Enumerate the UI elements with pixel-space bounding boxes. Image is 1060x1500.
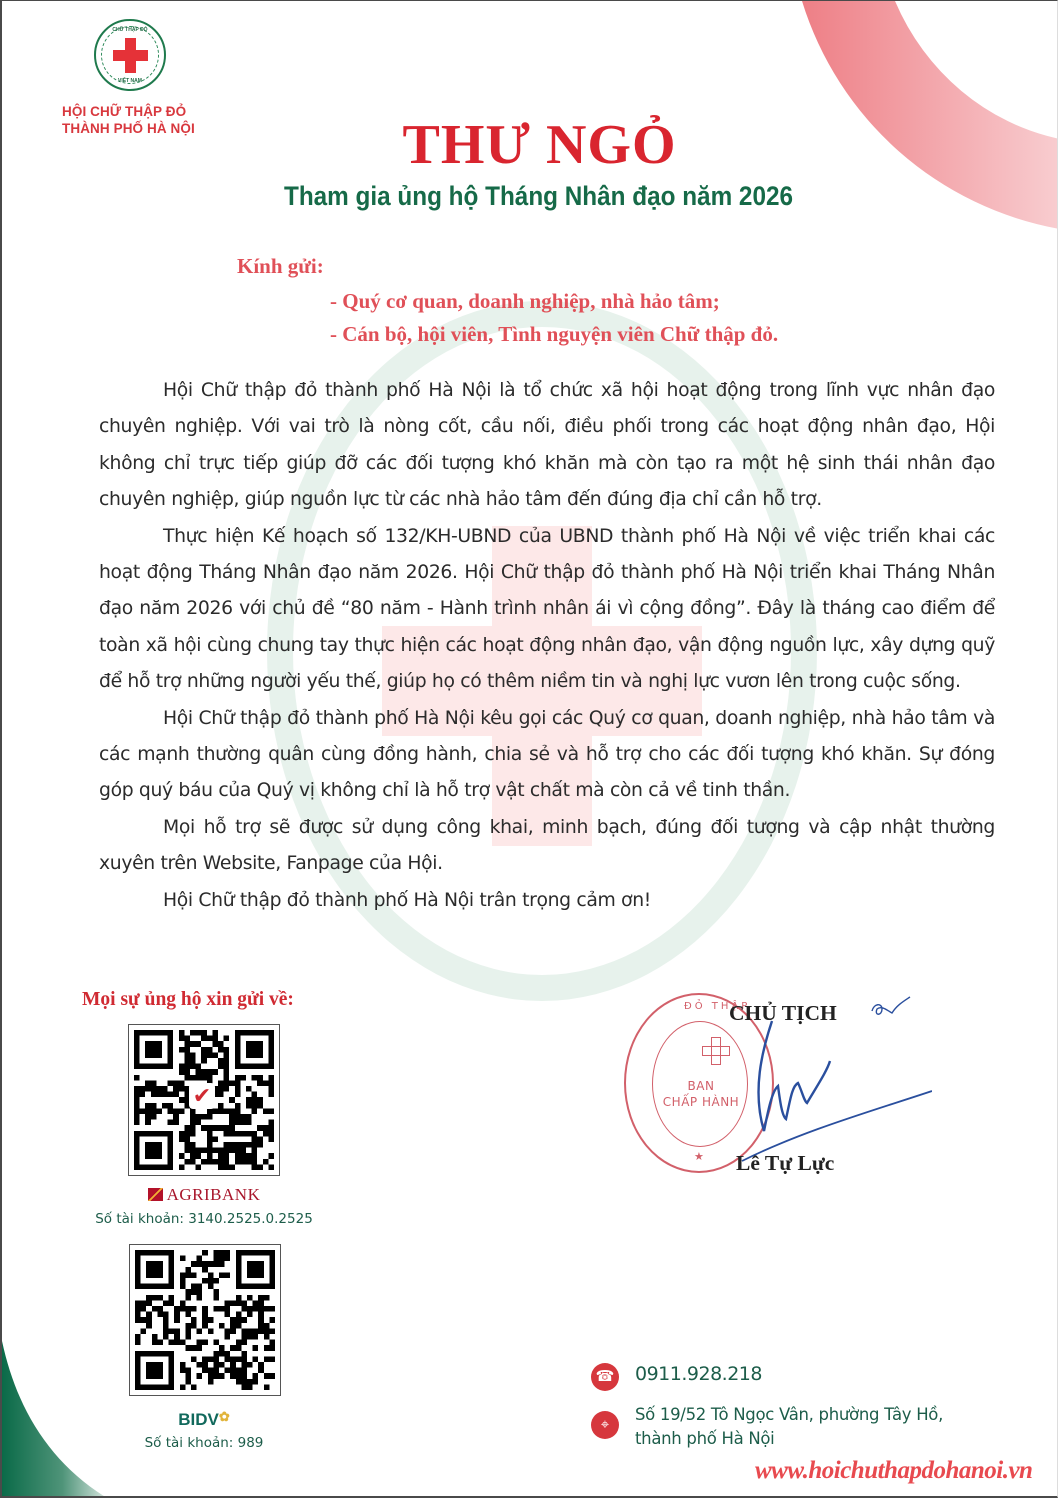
address-line1: Số 19/52 Tô Ngọc Vân, phường Tây Hồ, [635,1403,943,1427]
phone-icon: ☎ [591,1363,619,1391]
bidv-logo: BIDV✿ [2,1409,406,1430]
logo-top-text: CHỮ THẬP ĐỎ [96,27,164,33]
recipient-item: - Cán bộ, hội viên, Tình nguyện viên Chữ… [330,318,778,351]
body-paragraph: Hội Chữ thập đỏ thành phố Hà Nội kêu gọi… [99,701,995,810]
letter-subtitle: Tham gia ủng hộ Tháng Nhân đạo năm 2026 [55,181,1005,212]
bidv-qr-code[interactable] [129,1244,281,1396]
bidv-flower-icon: ✿ [219,1409,230,1424]
bidv-name: BIDV [178,1410,219,1429]
open-letter-page: CHỮ THẬP ĐỎ VIỆT NAM HỘI CHỮ THẬP ĐỎ THÀ… [0,0,1058,1498]
address-text: Số 19/52 Tô Ngọc Vân, phường Tây Hồ, thà… [635,1403,943,1451]
letter-body: Hội Chữ thập đỏ thành phố Hà Nội là tổ c… [99,373,995,919]
stamp-cross-icon [702,1037,730,1065]
phone-number[interactable]: 0911.928.218 [635,1363,762,1385]
website-link[interactable]: www.hoichuthapdohanoi.vn [755,1457,1032,1485]
agribank-logo: AGRIBANK [2,1185,406,1205]
red-cross-emblem-icon: CHỮ THẬP ĐỎ VIỆT NAM [94,19,166,91]
stamp-star-icon: ★ [694,1150,704,1163]
body-paragraph: Hội Chữ thập đỏ thành phố Hà Nội trân tr… [99,883,995,919]
agribank-qr-code[interactable]: ✔ [128,1024,280,1176]
agribank-name: AGRIBANK [167,1185,261,1204]
agribank-account-number: Số tài khoản: 3140.2525.0.2525 [2,1211,406,1227]
body-paragraph: Hội Chữ thập đỏ thành phố Hà Nội là tổ c… [99,373,995,519]
logo-bottom-text: VIỆT NAM [96,78,164,84]
location-pin-icon: ⌖ [591,1411,619,1439]
heart-check-icon: ✔ [189,1083,215,1109]
salutation-label: Kính gửi: [237,254,324,279]
recipients-list: - Quý cơ quan, doanh nghiệp, nhà hảo tâm… [330,285,778,351]
donation-label: Mọi sự ủng hộ xin gửi về: [82,989,294,1011]
agribank-mark-icon [148,1188,163,1201]
body-paragraph: Thực hiện Kế hoạch số 132/KH-UBND của UB… [99,519,995,701]
letter-title: THƯ NGỎ [2,113,1057,177]
body-paragraph: Mọi hỗ trợ sẽ được sử dụng công khai, mi… [99,810,995,883]
recipient-item: - Quý cơ quan, doanh nghiệp, nhà hảo tâm… [330,285,778,318]
signatory-name: Lê Tự Lực [736,1151,834,1176]
address-line2: thành phố Hà Nội [635,1427,943,1451]
handwritten-signature [732,991,932,1171]
bidv-account-number: Số tài khoản: 989 [2,1435,406,1451]
